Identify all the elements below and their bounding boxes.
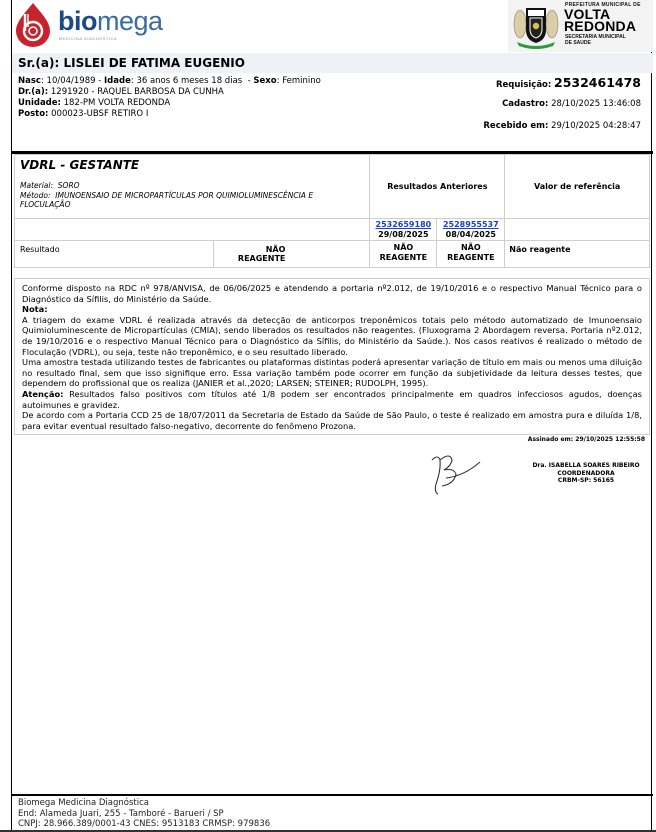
- partner-department: SECRETARIA MUNICIPAL DE SAUDE: [565, 34, 626, 46]
- attention-label: Atenção:: [22, 389, 63, 399]
- signed-at: Assinado em: 29/10/2025 12:55:58: [528, 436, 645, 443]
- notes-paragraph-2: Uma amostra testada utilizando testes de…: [22, 357, 642, 389]
- empty-cell: [15, 219, 370, 241]
- doctor-line: Dr.(a): 1291920 - RAQUEL BARBOSA DA CUNH…: [18, 87, 224, 98]
- notes-attention: Atenção: Resultados falso positivos com …: [22, 389, 642, 410]
- biomega-logo-text: biomega: [58, 8, 163, 35]
- sex-label: Sexo: [253, 76, 276, 86]
- patient-name-value: LISLEI DE FATIMA EUGENIO: [63, 56, 245, 70]
- partner-city-name: VOLTA REDONDA: [564, 8, 636, 32]
- patient-birth-line: Nasc: 10/04/1989 - Idade: 36 anos 6 mese…: [18, 76, 321, 87]
- prev-res-2-line1: NÃO: [437, 243, 504, 253]
- unit-label: Unidade:: [18, 98, 61, 108]
- logo-text-mega: mega: [97, 6, 163, 36]
- request-number-line: Requisição: 2532461478: [496, 75, 641, 90]
- notes-paragraph-4: De acordo com a Portaria CCD 25 de 18/07…: [22, 410, 642, 431]
- report-header: biomega MEDICINA DIAGNÓSTICA PREFEITURA …: [12, 0, 653, 52]
- age-label: Idade: [104, 76, 131, 86]
- previous-date-2: 08/04/2025: [437, 230, 504, 240]
- post-line: Posto: 000023-UBSF RETIRO I: [18, 109, 148, 120]
- partner-sub2: DE SAUDE: [565, 40, 626, 46]
- biomega-logo-icon: [14, 2, 52, 48]
- previous-result-value-2: NÃO REAGENTE: [437, 241, 505, 268]
- post-value: 000023-UBSF RETIRO I: [51, 109, 148, 119]
- sex-value: Feminino: [282, 76, 321, 86]
- prev-res-1-line1: NÃO: [370, 243, 436, 253]
- footer-company: Biomega Medicina Diagnóstica: [18, 798, 270, 809]
- result-label: Resultado: [15, 241, 214, 268]
- exam-results-table: VDRL - GESTANTE Material: SORO Método: I…: [14, 154, 650, 268]
- material-value: SORO: [58, 181, 80, 190]
- lab-report-page: biomega MEDICINA DIAGNÓSTICA PREFEITURA …: [11, 0, 652, 832]
- signer-registry: CRBM-SP: 56165: [522, 477, 650, 485]
- signer-name: Dra. ISABELLA SOARES RIBEIRO: [522, 462, 650, 470]
- registered-label: Cadastro:: [502, 99, 548, 109]
- partner-logo: PREFEITURA MUNICIPAL DE VOLTA REDONDA SE…: [508, 0, 653, 52]
- exam-notes: Conforme disposto na RDC nº 978/ANVISA, …: [14, 278, 650, 435]
- signature-icon: [424, 450, 484, 502]
- doctor-value: 1291920 - RAQUEL BARBOSA DA CUNHA: [51, 87, 224, 97]
- previous-result-value-1: NÃO REAGENTE: [370, 241, 437, 268]
- received-value: 29/10/2025 04:28:47: [551, 121, 641, 131]
- previous-date-1: 29/08/2025: [370, 230, 436, 240]
- partner-line2: REDONDA: [564, 20, 636, 32]
- registered-line: Cadastro: 28/10/2025 13:46:08: [502, 99, 641, 109]
- patient-name: Sr.(a): LISLEI DE FATIMA EUGENIO: [18, 56, 245, 70]
- previous-results-header: Resultados Anteriores: [370, 155, 505, 219]
- signer-role: COORDENADORA: [522, 470, 650, 478]
- exam-method: Método: IMUNOENSAIO DE MICROPARTÍCULAS P…: [15, 191, 369, 210]
- nota-label: Nota:: [22, 304, 48, 314]
- received-label: Recebido em:: [483, 121, 548, 131]
- reference-header: Valor de referência: [505, 155, 650, 219]
- method-label: Método:: [20, 191, 51, 200]
- patient-band: Sr.(a): LISLEI DE FATIMA EUGENIO: [12, 53, 653, 73]
- unit-value: 182-PM VOLTA REDONDA: [64, 98, 171, 108]
- prev-res-1-line2: REAGENTE: [370, 253, 436, 263]
- notes-paragraph-3: Resultados falso positivos com títulos a…: [22, 389, 642, 410]
- request-number: 2532461478: [554, 75, 641, 90]
- reference-value: Não reagente: [505, 241, 650, 268]
- exam-info-cell: VDRL - GESTANTE Material: SORO Método: I…: [15, 155, 370, 219]
- previous-result-1: 2532659180 29/08/2025: [370, 219, 437, 241]
- received-line: Recebido em: 29/10/2025 04:28:47: [483, 121, 641, 131]
- logo-subtitle: MEDICINA DIAGNÓSTICA: [59, 36, 117, 41]
- doctor-label: Dr.(a):: [18, 87, 48, 97]
- signer-block: Dra. ISABELLA SOARES RIBEIRO COORDENADOR…: [522, 462, 650, 485]
- unit-line: Unidade: 182-PM VOLTA REDONDA: [18, 98, 170, 109]
- previous-result-2: 2528955537 08/04/2025: [437, 219, 505, 241]
- city-crest-icon: [512, 2, 560, 49]
- report-footer: Biomega Medicina Diagnóstica End: Alamed…: [18, 798, 270, 830]
- post-label: Posto:: [18, 109, 48, 119]
- logo-text-bio: bio: [58, 6, 97, 36]
- notes-paragraph-1: A triagem do exame VDRL é realizada atra…: [22, 315, 642, 357]
- empty-cell: [505, 219, 650, 241]
- request-label: Requisição:: [496, 80, 551, 90]
- birth-value: 10/04/1989: [47, 76, 96, 86]
- result-value: NÃO REAGENTE: [214, 241, 370, 268]
- notes-intro: Conforme disposto na RDC nº 978/ANVISA, …: [22, 283, 642, 304]
- prev-res-2-line2: REAGENTE: [437, 253, 504, 263]
- footer-address: End: Alameda Juari, 255 - Tamboré - Baru…: [18, 809, 270, 820]
- footer-ids: CNPJ: 28.966.389/0001-43 CNES: 9513183 C…: [18, 819, 270, 830]
- age-value: 36 anos 6 meses 18 dias: [136, 76, 242, 86]
- material-label: Material:: [20, 181, 53, 190]
- footer-divider: [12, 794, 653, 796]
- method-value: IMUNOENSAIO DE MICROPARTÍCULAS POR QUIMI…: [20, 191, 313, 210]
- birth-label: Nasc: [18, 76, 41, 86]
- exam-material: Material: SORO: [15, 181, 369, 191]
- previous-request-link-2[interactable]: 2528955537: [437, 220, 504, 230]
- patient-name-label: Sr.(a):: [18, 56, 59, 70]
- previous-request-link-1[interactable]: 2532659180: [370, 220, 436, 230]
- registered-value: 28/10/2025 13:46:08: [551, 99, 641, 109]
- exam-title: VDRL - GESTANTE: [15, 155, 369, 172]
